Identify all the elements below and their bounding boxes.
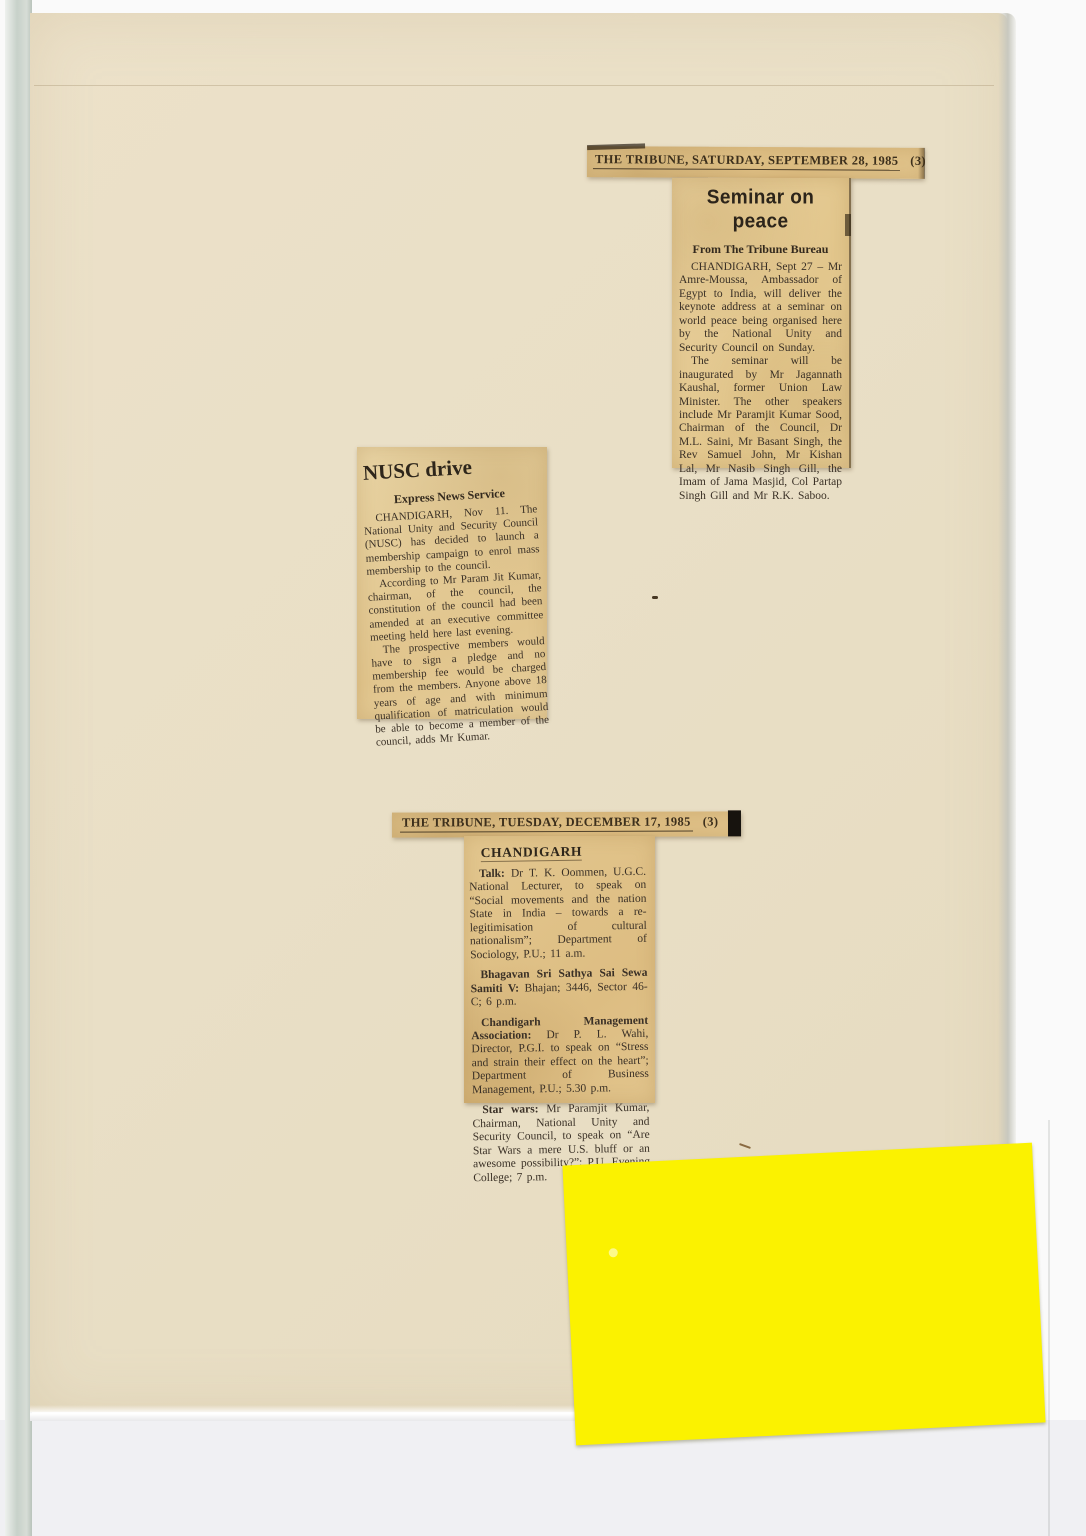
article-headline: NUSC drive [362, 451, 535, 486]
black-ink-block [728, 810, 741, 836]
article-paragraph: The seminar will be inaugurated by Mr Ja… [679, 355, 842, 503]
masthead-page-number: (3) [910, 154, 926, 169]
listing-item: Chandigarh Management Association: Dr P.… [471, 1014, 649, 1097]
paper-crease-line [34, 85, 994, 86]
listing-lead: Talk: [479, 868, 505, 880]
paper-flaw-dot [609, 1248, 618, 1257]
article-paragraph: According to Mr Param Jit Kumar, chairma… [367, 569, 544, 645]
plastic-sleeve-strip [5, 0, 32, 1536]
listings-headline: CHANDIGARH [481, 843, 646, 861]
sleeve-edge-line [1048, 1120, 1050, 1536]
masthead-strip-september: THE TRIBUNE, SATURDAY, SEPTEMBER 28, 198… [587, 146, 924, 179]
listing-item: Bhagavan Sri Sathya Sai Sewa Samiti V: B… [470, 967, 648, 1010]
scanner-background [0, 1420, 1086, 1536]
article-byline: From The Tribune Bureau [679, 242, 842, 257]
article-headline: Seminar on peace [679, 186, 842, 234]
masthead-page-number: (3) [703, 814, 719, 829]
listing-item: Talk: Dr T. K. Oommen, U.G.C. National L… [469, 866, 647, 963]
torn-edge-blotch [845, 214, 851, 236]
listing-text: Dr T. K. Oommen, U.G.C. National Lecture… [469, 866, 647, 961]
scanned-album-page: THE TRIBUNE, SATURDAY, SEPTEMBER 28, 198… [0, 0, 1086, 1536]
clipping-nusc-drive: NUSC drive Express News Service CHANDIGA… [357, 447, 547, 719]
article-paragraph: CHANDIGARH, Sept 27 – Mr Amre-Moussa, Am… [679, 261, 842, 355]
clipping-seminar-on-peace: Seminar on peace From The Tribune Bureau… [672, 178, 851, 468]
clipping-chandigarh-listings: CHANDIGARH Talk: Dr T. K. Oommen, U.G.C.… [464, 836, 655, 1103]
listing-lead: Star wars: [482, 1104, 538, 1117]
masthead-text: THE TRIBUNE, SATURDAY, SEPTEMBER 28, 198… [593, 152, 900, 171]
article-paragraph: CHANDIGARH, Nov 11. The National Unity a… [363, 503, 540, 579]
article-paragraph: The prospective members would have to si… [371, 635, 551, 750]
masthead-strip-december: THE TRIBUNE, TUESDAY, DECEMBER 17, 1985 … [392, 811, 741, 837]
yellow-note-card [562, 1143, 1045, 1446]
masthead-text: THE TRIBUNE, TUESDAY, DECEMBER 17, 1985 [400, 815, 693, 833]
stain-speck [652, 596, 658, 599]
